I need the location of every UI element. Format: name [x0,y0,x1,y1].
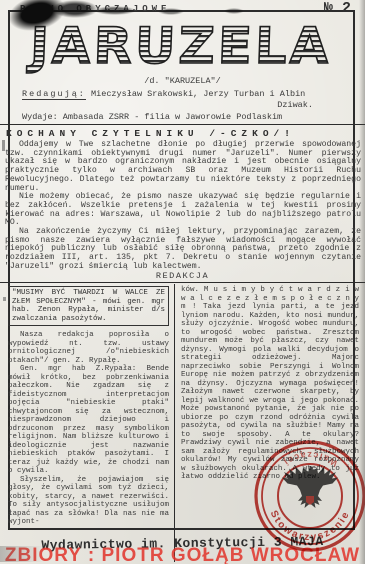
editorial-paragraph: Na zakończenie życzymy Ci miłej lektury,… [5,228,361,272]
editorial-paragraph: Nie możemy obiecać, że pismo nasze ukazy… [5,193,361,228]
scan-edge-shadow [0,546,44,562]
article-paragraph: Słyszelim, że pojawiajom się głosy, że c… [8,476,169,527]
title-text: JARUZELA [26,17,332,75]
margin-mark [2,140,5,151]
eagle-emblem-icon [282,466,338,508]
masthead-subtitle: /d. "KARUZELA"/ [0,76,365,86]
editors-block: Redagują: Mieczysław Srakowski, Jerzy Tu… [22,89,355,110]
ink-smudge [94,6,136,15]
stamp-ring-text-bottom: Stowarzyszenie [268,509,353,543]
editorial-signoff: REDAKCJA [0,271,365,281]
editorial-paragraph: Oddajemy w Twe szlachetne dłonie po dług… [5,141,361,193]
ink-smudge [224,8,244,14]
article-headline-box: "MUSIMY BYĆ TWARDZI W WALCE ZE ZŁEM SPOŁ… [8,286,169,326]
section-divider-rule [0,282,365,283]
masthead-divider-rule [0,124,365,125]
article-paragraph: Nasza redakcja poprosiła o wypowiedź nt.… [8,331,169,365]
masthead-title: JARUZELA [6,15,359,75]
editors-line-2: Dziwak. [22,100,355,111]
publisher-line: Wydaje: Ambasada ZSRR - filia w Jaworowi… [22,112,282,122]
scanned-zine-page: PISMO OBYCZAJOWE № 2 JARUZELA /d. "KARUZ… [0,0,365,564]
ink-smudge [158,8,184,15]
editors-names: Mieczysław Srakowski, Jerzy Turban i Alb… [91,89,305,99]
editorial-body: Oddajemy w Twe szlachetne dłonie po dług… [5,141,361,272]
scan-edge-shadow [359,0,365,564]
editors-line: Redagują: Mieczysław Srakowski, Jerzy Tu… [22,89,355,100]
ink-smudge [52,0,98,18]
margin-mark [3,297,6,301]
round-red-stamp: Stowarzyszenie Walczącej [250,436,365,564]
editors-label: Redagują: [22,89,86,100]
article-paragraph: Gen. mgr hab Z.Rypała: Bende mówił krótk… [8,365,169,476]
svg-text:Stowarzyszenie: Stowarzyszenie [268,509,353,543]
title-hatched-lettering: JARUZELA [6,15,359,75]
article-column-left: "MUSIMY BYĆ TWARDZI W WALCE ZE ZŁEM SPOŁ… [4,284,174,562]
editorial-heading: KOCHANY CZYTELNIKU /-CZKO/! [6,128,295,139]
